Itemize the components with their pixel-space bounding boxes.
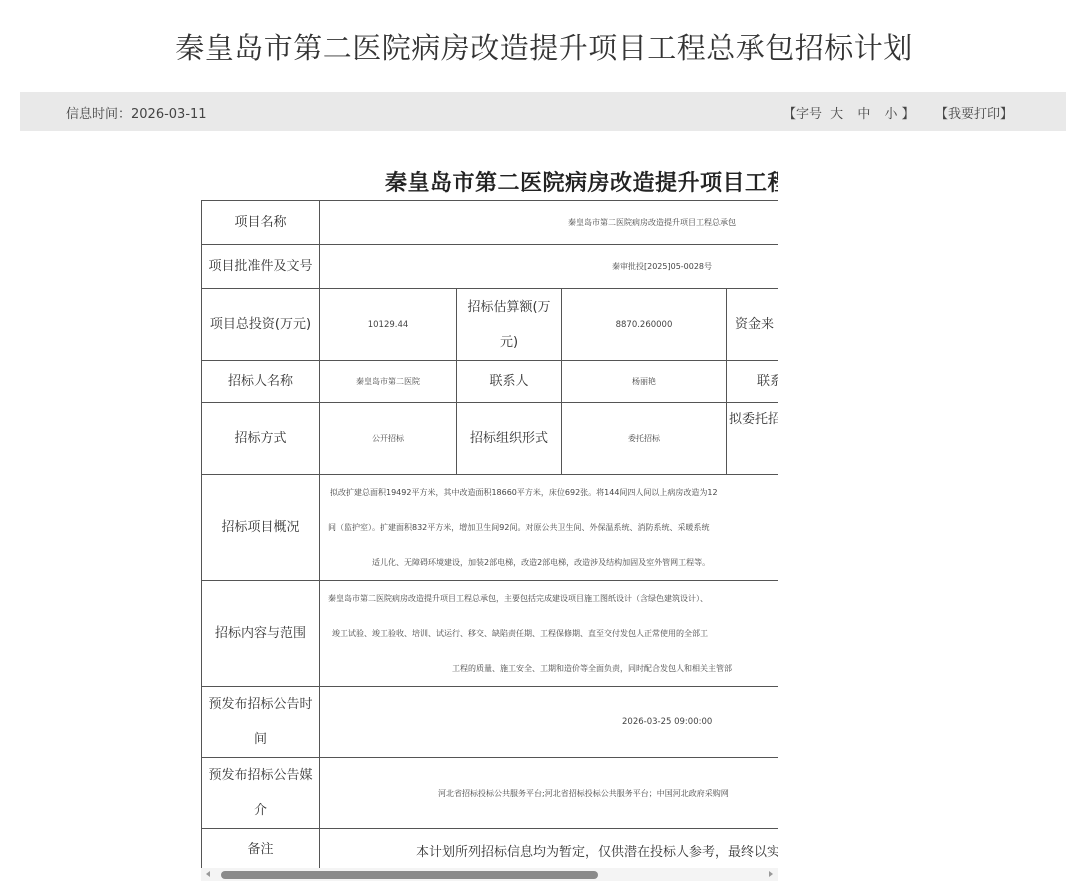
announce-media-value: 河北省招标投标公共服务平台;河北省招标投标公共服务平台；中国河北政府采购网 [320,758,779,829]
investment-value: 10129.44 [320,289,457,361]
tender-plan-table: 项目名称 秦皇岛市第二医院病房改造提升项目工程总承包 项目批准件及文号 秦审批投… [201,200,778,872]
font-size-medium-button[interactable]: 中 [857,107,870,122]
approval-doc-value: 秦审批投[2025]05-0028号 [320,245,779,289]
estimate-value: 8870.260000 [562,289,727,361]
tenderer-label: 招标人名称 [202,361,320,403]
overview-value: 拟改扩建总面积19492平方米，其中改造面积18660平方米，床位692张。将1… [320,475,779,581]
scope-label: 招标内容与范围 [202,581,320,687]
announce-time-value: 2026-03-25 09:00:00 [320,687,779,758]
info-bar: 信息时间：2026-03-11 【字号 大 中 小 】 【我要打印】 [20,92,1066,131]
contact-label: 联系人 [457,361,562,403]
info-time: 信息时间：2026-03-11 [66,103,207,122]
table-row: 招标内容与范围 秦皇岛市第二医院病房改造提升项目工程总承包，主要包括完成建设项目… [202,581,779,687]
scroll-left-arrow-icon[interactable] [206,871,210,877]
table-row: 项目总投资(万元) 10129.44 招标估算额(万元) 8870.260000… [202,289,779,361]
font-size-small-button[interactable]: 小 [884,107,897,122]
table-row: 招标人名称 秦皇岛市第二医院 联系人 杨丽艳 联系 [202,361,779,403]
page-title: 秦皇岛市第二医院病房改造提升项目工程总承包招标计划 [0,26,1080,67]
font-size-large-button[interactable]: 大 [830,107,843,122]
print-button[interactable]: 【我要打印】 [935,103,1013,122]
table-row: 招标方式 公开招标 招标组织形式 委托招标 拟委托招 [202,403,779,475]
font-size-control: 【字号 大 中 小 】 [783,103,915,122]
table-row: 预发布招标公告时间 2026-03-25 09:00:00 [202,687,779,758]
estimate-label: 招标估算额(万元) [457,289,562,361]
table-row: 招标项目概况 拟改扩建总面积19492平方米，其中改造面积18660平方米，床位… [202,475,779,581]
remarks-label: 备注 [202,829,320,872]
scroll-right-arrow-icon[interactable] [769,871,773,877]
announce-media-label: 预发布招标公告媒介 [202,758,320,829]
agency-label: 拟委托招 [727,403,779,475]
tenderer-value: 秦皇岛市第二医院 [320,361,457,403]
announce-time-label: 预发布招标公告时间 [202,687,320,758]
investment-label: 项目总投资(万元) [202,289,320,361]
font-size-label: 【字号 [783,107,822,122]
font-size-bracket: 】 [902,107,915,122]
contact-value: 杨丽艳 [562,361,727,403]
remarks-value: 本计划所列招标信息均为暂定，仅供潜在投标人参考，最终以实 [320,829,779,872]
fund-source-label: 资金来 [727,289,779,361]
table-row: 项目批准件及文号 秦审批投[2025]05-0028号 [202,245,779,289]
method-value: 公开招标 [320,403,457,475]
approval-doc-label: 项目批准件及文号 [202,245,320,289]
scrollbar-thumb[interactable] [221,871,598,879]
table-row: 项目名称 秦皇岛市第二医院病房改造提升项目工程总承包 [202,201,779,245]
document-title: 秦皇岛市第二医院病房改造提升项目工程总承包招标计划 [385,166,778,197]
project-name-label: 项目名称 [202,201,320,245]
phone-label: 联系 [727,361,779,403]
table-row: 备注 本计划所列招标信息均为暂定，仅供潜在投标人参考，最终以实 [202,829,779,872]
project-name-value: 秦皇岛市第二医院病房改造提升项目工程总承包 [320,201,779,245]
overview-label: 招标项目概况 [202,475,320,581]
table-row: 预发布招标公告媒介 河北省招标投标公共服务平台;河北省招标投标公共服务平台；中国… [202,758,779,829]
org-form-value: 委托招标 [562,403,727,475]
table-scroll-container: 项目名称 秦皇岛市第二医院病房改造提升项目工程总承包 项目批准件及文号 秦审批投… [201,200,778,882]
scope-value: 秦皇岛市第二医院病房改造提升项目工程总承包，主要包括完成建设项目施工图纸设计（含… [320,581,779,687]
horizontal-scrollbar[interactable] [201,868,778,881]
method-label: 招标方式 [202,403,320,475]
org-form-label: 招标组织形式 [457,403,562,475]
